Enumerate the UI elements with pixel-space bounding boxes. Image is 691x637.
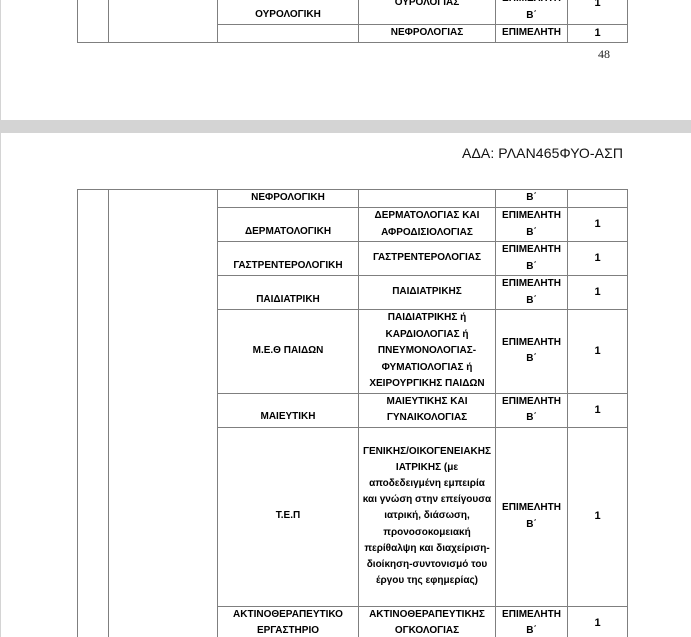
count-cell: 1 bbox=[568, 208, 628, 242]
rank-cell: ΕΠΙΜΕΛΗΤΗ Β΄ bbox=[496, 276, 568, 310]
page-number: 48 bbox=[598, 47, 610, 62]
count-cell: 1 bbox=[568, 606, 628, 637]
count-cell bbox=[568, 190, 628, 208]
rank-cell: ΕΠΙΜΕΛΗΤΗ Β΄ bbox=[496, 208, 568, 242]
department-cell: Μ.Ε.Θ ΠΑΙΔΩΝ bbox=[218, 310, 359, 394]
department-cell: ΜΑΙΕΥΤΙΚΗ bbox=[218, 393, 359, 427]
count-cell: 1 bbox=[568, 25, 628, 43]
department-cell: ΟΥΡΟΛΟΓΙΚΗ bbox=[218, 0, 359, 25]
table-row: ΝΕΦΡΟΛΟΓΙΚΗ Β΄ bbox=[78, 190, 628, 208]
count-cell: 1 bbox=[568, 242, 628, 276]
positions-table-page-48: ΟΥΡΟΛΟΓΙΚΗ ΟΥΡΟΛΟΓΙΑΣ ΕΠΙΜΕΛΗΤΗ Β΄ 1 ΝΕΦ… bbox=[77, 0, 628, 43]
count-cell: 1 bbox=[568, 427, 628, 606]
rank-cell: ΕΠΙΜΕΛΗΤΗ Β΄ bbox=[496, 606, 568, 637]
department-cell: ΓΑΣΤΡΕΝΤΕΡΟΛΟΓΙΚΗ bbox=[218, 242, 359, 276]
rank-cell: ΕΠΙΜΕΛΗΤΗ Β΄ bbox=[496, 310, 568, 394]
specialty-cell bbox=[359, 190, 496, 208]
specialty-cell: ΔΕΡΜΑΤΟΛΟΓΙΑΣ ΚΑΙ ΑΦΡΟΔΙΣΙΟΛΟΓΙΑΣ bbox=[359, 208, 496, 242]
index-cell bbox=[78, 190, 109, 637]
department-cell: ΔΕΡΜΑΤΟΛΟΓΙΚΗ bbox=[218, 208, 359, 242]
specialty-cell: ΠΑΙΔΙΑΤΡΙΚΗΣ bbox=[359, 276, 496, 310]
count-cell: 1 bbox=[568, 310, 628, 394]
specialty-cell: ΜΑΙΕΥΤΙΚΗΣ ΚΑΙ ΓΥΝΑΙΚΟΛΟΓΙΑΣ bbox=[359, 393, 496, 427]
count-cell: 1 bbox=[568, 276, 628, 310]
positions-table-page-49: ΝΕΦΡΟΛΟΓΙΚΗ Β΄ ΔΕΡΜΑΤΟΛΟΓΙΚΗ ΔΕΡΜΑΤΟΛΟΓΙ… bbox=[77, 189, 628, 637]
page-edge bbox=[0, 133, 1, 637]
rank-cell: ΕΠΙΜΕΛΗΤΗ Β΄ bbox=[496, 0, 568, 25]
department-cell bbox=[218, 25, 359, 43]
table-row: ΟΥΡΟΛΟΓΙΚΗ ΟΥΡΟΛΟΓΙΑΣ ΕΠΙΜΕΛΗΤΗ Β΄ 1 bbox=[78, 0, 628, 25]
index-cell bbox=[78, 0, 109, 42]
ada-header: ΑΔΑ: ΡΛΑΝ465ΦΥΟ-ΑΣΠ bbox=[462, 145, 623, 161]
rank-cell: ΕΠΙΜΕΛΗΤΗ Β΄ bbox=[496, 242, 568, 276]
hospital-cell bbox=[109, 0, 218, 42]
department-cell: Τ.Ε.Π bbox=[218, 427, 359, 606]
rank-cell: ΕΠΙΜΕΛΗΤΗ bbox=[496, 25, 568, 43]
page-edge bbox=[0, 0, 1, 120]
specialty-cell: ΟΥΡΟΛΟΓΙΑΣ bbox=[359, 0, 496, 25]
specialty-cell: ΓΑΣΤΡΕΝΤΕΡΟΛΟΓΙΑΣ bbox=[359, 242, 496, 276]
department-cell: ΝΕΦΡΟΛΟΓΙΚΗ bbox=[218, 190, 359, 208]
rank-cell: Β΄ bbox=[496, 190, 568, 208]
specialty-cell: ΝΕΦΡΟΛΟΓΙΑΣ bbox=[359, 25, 496, 43]
count-cell: 1 bbox=[568, 393, 628, 427]
rank-cell: ΕΠΙΜΕΛΗΤΗ Β΄ bbox=[496, 427, 568, 606]
count-cell: 1 bbox=[568, 0, 628, 25]
specialty-cell: ΠΑΙΔΙΑΤΡΙΚΗΣ ή ΚΑΡΔΙΟΛΟΓΙΑΣ ή ΠΝΕΥΜΟΝΟΛΟ… bbox=[359, 310, 496, 394]
department-cell: ΑΚΤΙΝΟΘΕΡΑΠΕΥΤΙΚΟ ΕΡΓΑΣΤΗΡΙΟ bbox=[218, 606, 359, 637]
specialty-cell: ΓΕΝΙΚΗΣ/ΟΙΚΟΓΕΝΕΙΑΚΗΣ ΙΑΤΡΙΚΗΣ (με αποδε… bbox=[359, 427, 496, 606]
specialty-cell: ΑΚΤΙΝΟΘΕΡΑΠΕΥΤΙΚΗΣ ΟΓΚΟΛΟΓΙΑΣ bbox=[359, 606, 496, 637]
department-cell: ΠΑΙΔΙΑΤΡΙΚΗ bbox=[218, 276, 359, 310]
hospital-cell bbox=[109, 190, 218, 637]
rank-cell: ΕΠΙΜΕΛΗΤΗ Β΄ bbox=[496, 393, 568, 427]
page-separator bbox=[0, 120, 691, 133]
